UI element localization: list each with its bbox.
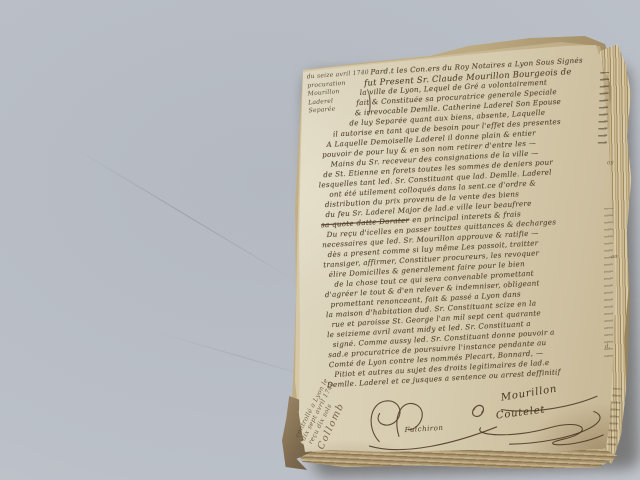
manuscript-text: du seize avril 1740 procuration Mourillo…: [306, 47, 628, 460]
notary-paraph-name: Fulchiron: [403, 424, 443, 434]
surface-scratch: [71, 146, 303, 286]
photograph: oy ao d. du seize avril 1740 procuration…: [0, 0, 640, 480]
